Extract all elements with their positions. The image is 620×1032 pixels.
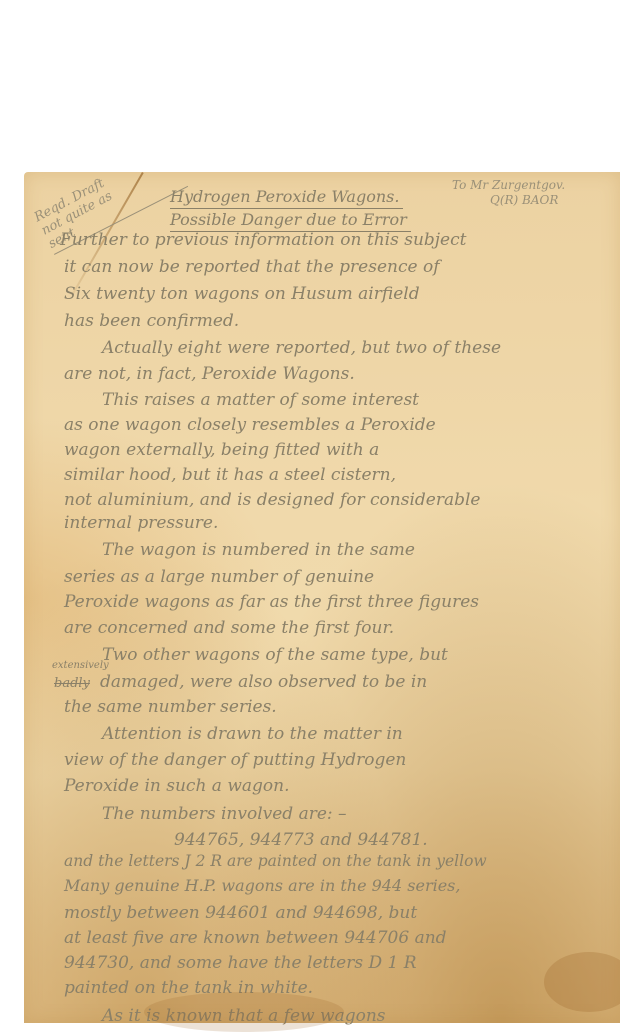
struck-word: badly [54,676,90,691]
body-line: Two other wagons of the same type, but [64,645,448,665]
document-title-block: Hydrogen Peroxide Wagons. Possible Dange… [170,186,411,232]
body-line: are concerned and some the first four. [64,618,394,638]
body-line: Many genuine H.P. wagons are in the 944 … [64,876,460,895]
body-line: The wagon is numbered in the same [64,540,415,560]
inserted-correction: extensively [52,660,109,671]
document-subtitle: Possible Danger due to Error [170,209,411,232]
body-line: Attention is drawn to the matter in [64,724,403,744]
body-line: at least five are known between 944706 a… [64,928,447,948]
body-line: series as a large number of genuine [64,567,374,587]
body-line: Further to previous information on this … [60,230,466,250]
body-line: view of the danger of putting Hydrogen [64,750,406,770]
body-line: 944730, and some have the letters D 1 R [64,953,417,973]
document-page: Reqd. Draft not quite as sent To Mr Zurg… [24,172,620,1023]
body-line: are not, in fact, Peroxide Wagons. [64,364,355,384]
body-line: mostly between 944601 and 944698, but [64,903,417,923]
body-line: wagon externally, being fitted with a [64,440,379,460]
wagon-numbers-line: 944765, 944773 and 944781. [64,830,428,850]
body-line: it can now be reported that the presence… [64,257,440,277]
body-line: not aluminium, and is designed for consi… [64,490,480,510]
addressee-line: Q(R) BAOR [452,193,565,208]
addressee-line: To Mr Zurgentgov. [452,178,565,193]
paper-stain [544,952,620,1012]
body-line: The numbers involved are: – [64,804,347,824]
body-line: Actually eight were reported, but two of… [64,338,501,358]
paper-stain [144,992,344,1023]
body-line: internal pressure. [64,513,218,533]
body-line: damaged, were also observed to be in [100,672,427,692]
document-title: Hydrogen Peroxide Wagons. [170,186,403,209]
body-line: Peroxide wagons as far as the first thre… [64,592,479,612]
addressee-block: To Mr Zurgentgov. Q(R) BAOR [452,178,565,208]
body-line: similar hood, but it has a steel cistern… [64,465,396,485]
body-line: has been confirmed. [64,311,239,331]
body-line: Six twenty ton wagons on Husum airfield [64,284,420,304]
body-line: the same number series. [64,697,277,717]
body-line: Peroxide in such a wagon. [64,776,290,796]
body-line: This raises a matter of some interest [64,390,419,410]
body-line: and the letters J 2 R are painted on the… [64,852,487,870]
body-line: as one wagon closely resembles a Peroxid… [64,415,436,435]
